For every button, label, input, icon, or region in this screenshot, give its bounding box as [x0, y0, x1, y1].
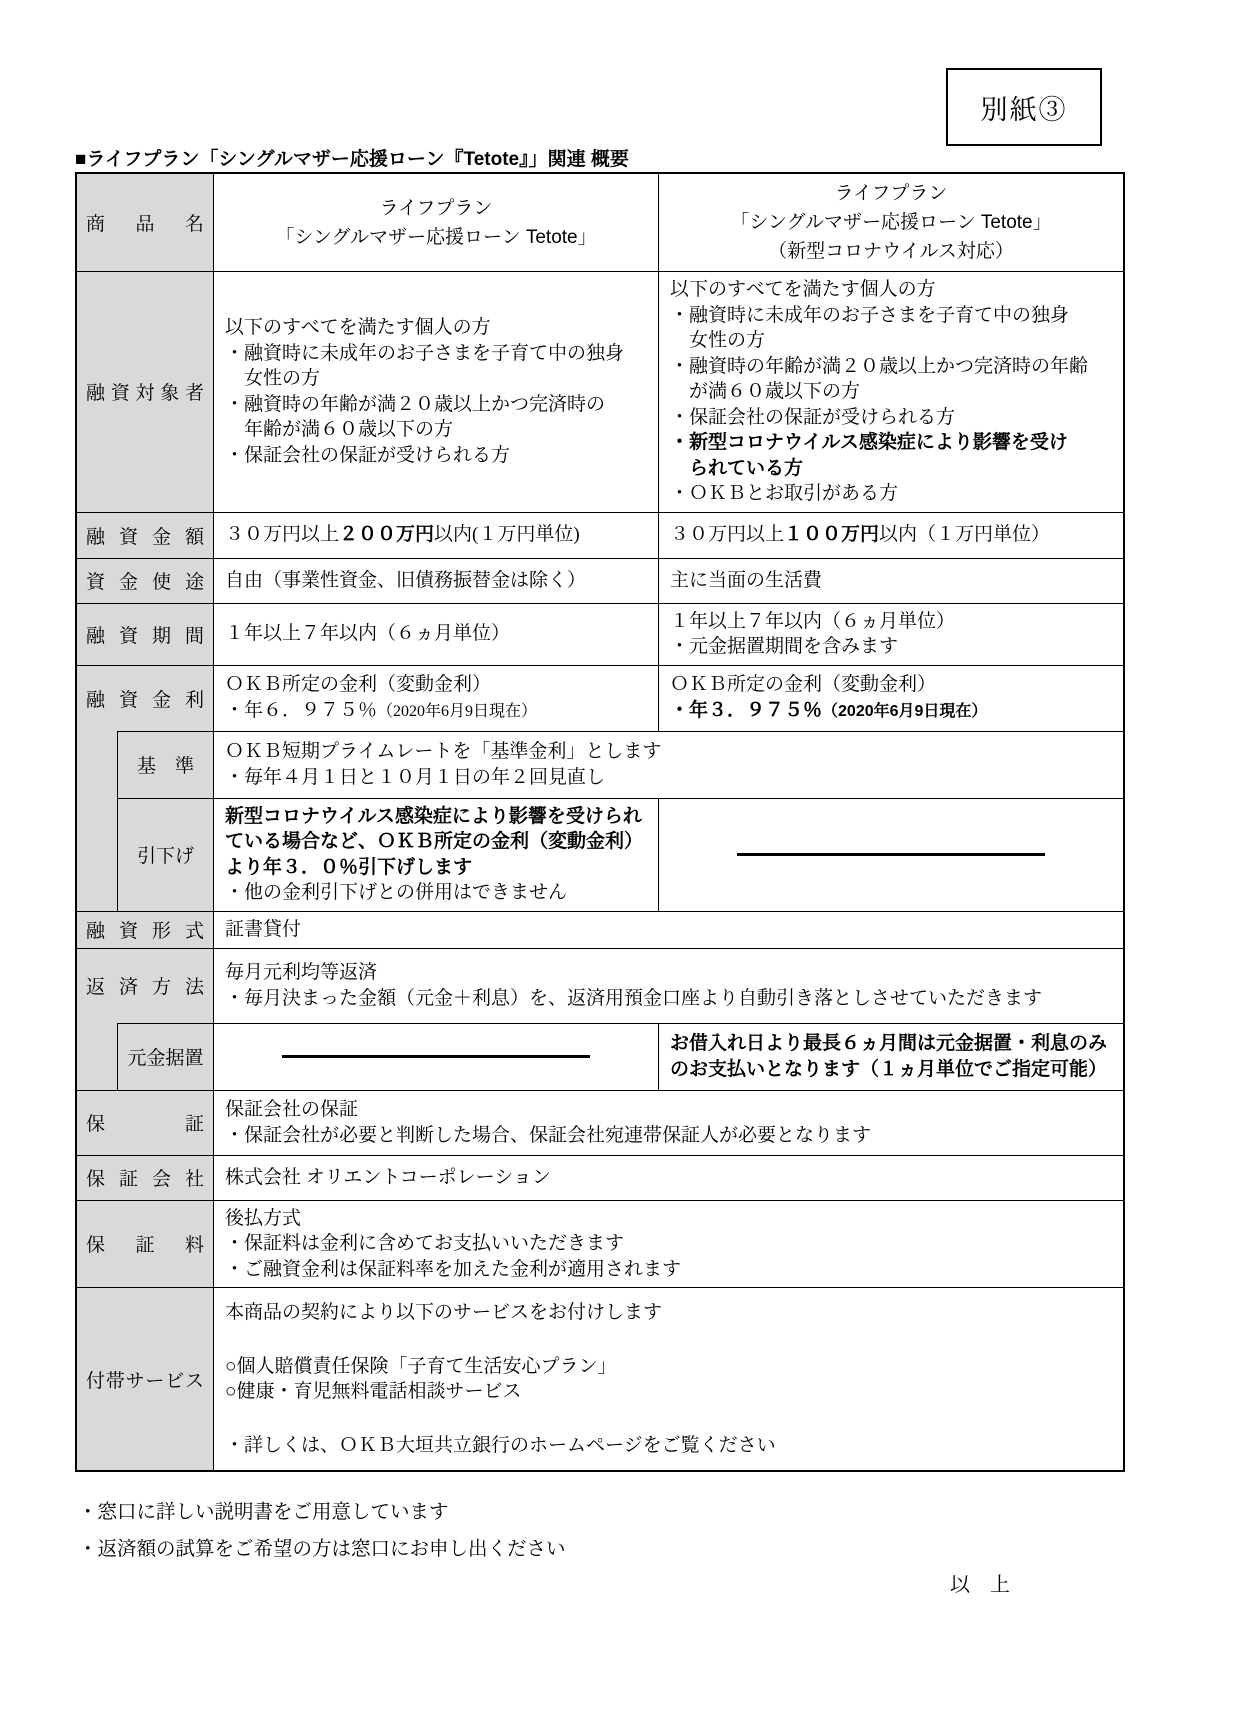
blank-line-indicator: [737, 853, 1045, 856]
row-label-repayment-method: 返済方法: [77, 948, 214, 1023]
loan-form-cell: 証書貸付: [214, 911, 1123, 948]
loan-amount-cell-col1: ３０万円以上２００万円以内(１万円単位): [214, 512, 658, 558]
row-label-guarantee: 保証: [77, 1090, 214, 1155]
row-label-interest-rate: 融資金利: [77, 665, 214, 731]
row-borrower: 融資対象者 以下のすべてを満たす個人の方・融資時に未成年のお子さまを子育て中の独…: [77, 271, 1123, 512]
attachment-tag-label: 別紙③: [981, 88, 1068, 127]
loan-amount-cell-col2: ３０万円以上１００万円以内（１万円単位）: [658, 512, 1123, 558]
row-label-attached-services: 付帯サービス: [77, 1287, 214, 1470]
row-sublabel-rate-discount: 引下げ: [117, 798, 214, 911]
row-sublabel-principal-deferment: 元金据置: [117, 1023, 214, 1090]
row-label-guarantee-fee: 保証料: [77, 1200, 214, 1288]
attached-services-cell: 本商品の契約により以下のサービスをお付けします○個人賠償責任保険「子育て生活安心…: [214, 1287, 1123, 1470]
interest-rate-cell-col1: ＯＫＢ所定の金利（変動金利）・年６．９７５％（2020年6月9日現在）: [214, 665, 658, 731]
label-indent-strip: [77, 798, 117, 911]
closing-text: 以 上: [950, 1568, 1010, 1597]
guarantee-fee-cell: 後払方式・保証料は金利に含めてお支払いいただきます・ご融資金利は保証料率を加えた…: [214, 1200, 1123, 1288]
row-rate-discount: 引下げ 新型コロナウイルス感染症により影響を受けられている場合など、ＯＫＢ所定の…: [77, 798, 1123, 911]
label-indent-strip: [77, 731, 117, 798]
rate-discount-cell-col1: 新型コロナウイルス感染症により影響を受けられている場合など、ＯＫＢ所定の金利（変…: [214, 798, 658, 911]
loan-comparison-table: 商品名 ライフプラン「シングルマザー応援ローン Tetote」 ライフプラン「シ…: [75, 172, 1125, 1472]
row-sublabel-base-rate: 基 準: [117, 731, 214, 798]
blank-line-indicator: [282, 1055, 590, 1058]
row-guarantee-company: 保証会社 株式会社 オリエントコーポレーション: [77, 1155, 1123, 1200]
principal-deferment-cell-col1: [214, 1023, 658, 1090]
guarantee-cell: 保証会社の保証・保証会社が必要と判断した場合、保証会社宛連帯保証人が必要となりま…: [214, 1090, 1123, 1155]
row-label-fund-usage: 資金使途: [77, 558, 214, 603]
borrower-cell-col2: 以下のすべてを満たす個人の方・融資時に未成年のお子さまを子育て中の独身女性の方・…: [658, 271, 1123, 512]
product-name-cell-col1: ライフプラン「シングルマザー応援ローン Tetote」: [214, 174, 658, 271]
row-label-loan-amount: 融資金額: [77, 512, 214, 558]
document-title: ■ライフプラン「シングルマザー応援ローン『Tetote』」関連 概要: [75, 144, 629, 171]
guarantee-company-cell: 株式会社 オリエントコーポレーション: [214, 1155, 1123, 1200]
row-principal-deferment: 元金据置 お借入れ日より最長６ヵ月間は元金据置・利息のみのお支払いとなります（１…: [77, 1023, 1123, 1090]
rate-discount-cell-col2: [658, 798, 1123, 911]
attachment-tag-box: 別紙③: [946, 68, 1102, 146]
principal-deferment-cell-col2: お借入れ日より最長６ヵ月間は元金据置・利息のみのお支払いとなります（１ヵ月単位で…: [658, 1023, 1123, 1090]
row-label-guarantee-company: 保証会社: [77, 1155, 214, 1200]
borrower-cell-col1: 以下のすべてを満たす個人の方・融資時に未成年のお子さまを子育て中の独身女性の方・…: [214, 271, 658, 512]
row-label-borrower: 融資対象者: [77, 271, 214, 512]
footer-notes: ・窓口に詳しい説明書をご用意しています・返済額の試算をご希望の方は窓口にお申し出…: [78, 1496, 566, 1570]
repayment-method-cell: 毎月元利均等返済・毎月決まった金額（元金＋利息）を、返済用預金口座より自動引き落…: [214, 948, 1123, 1023]
row-guarantee: 保証 保証会社の保証・保証会社が必要と判断した場合、保証会社宛連帯保証人が必要と…: [77, 1090, 1123, 1155]
row-label-loan-period: 融資期間: [77, 603, 214, 665]
loan-period-cell-col2: １年以上７年以内（６ヵ月単位）・元金据置期間を含みます: [658, 603, 1123, 665]
row-attached-services: 付帯サービス 本商品の契約により以下のサービスをお付けします○個人賠償責任保険「…: [77, 1287, 1123, 1470]
loan-period-cell-col1: １年以上７年以内（６ヵ月単位）: [214, 603, 658, 665]
row-fund-usage: 資金使途 自由（事業性資金、旧債務振替金は除く） 主に当面の生活費: [77, 558, 1123, 603]
row-guarantee-fee: 保証料 後払方式・保証料は金利に含めてお支払いいただきます・ご融資金利は保証料率…: [77, 1200, 1123, 1288]
row-label-product-name: 商品名: [77, 174, 214, 271]
product-name-cell-col2: ライフプラン「シングルマザー応援ローン Tetote」（新型コロナウイルス対応）: [658, 174, 1123, 271]
fund-usage-cell-col1: 自由（事業性資金、旧債務振替金は除く）: [214, 558, 658, 603]
fund-usage-cell-col2: 主に当面の生活費: [658, 558, 1123, 603]
row-base-rate: 基 準 ＯＫＢ短期プライムレートを「基準金利」とします・毎年４月１日と１０月１日…: [77, 731, 1123, 798]
row-loan-amount: 融資金額 ３０万円以上２００万円以内(１万円単位) ３０万円以上１００万円以内（…: [77, 512, 1123, 558]
row-label-loan-form: 融資形式: [77, 911, 214, 948]
base-rate-cell: ＯＫＢ短期プライムレートを「基準金利」とします・毎年４月１日と１０月１日の年２回…: [214, 731, 1123, 798]
label-indent-strip: [77, 1023, 117, 1090]
row-loan-period: 融資期間 １年以上７年以内（６ヵ月単位） １年以上７年以内（６ヵ月単位）・元金据…: [77, 603, 1123, 665]
row-loan-form: 融資形式 証書貸付: [77, 911, 1123, 948]
row-product-name: 商品名 ライフプラン「シングルマザー応援ローン Tetote」 ライフプラン「シ…: [77, 174, 1123, 271]
interest-rate-cell-col2: ＯＫＢ所定の金利（変動金利）・年３．９７５％（2020年6月9日現在）: [658, 665, 1123, 731]
document-page: 別紙③ ■ライフプラン「シングルマザー応援ローン『Tetote』」関連 概要 商…: [0, 0, 1234, 1713]
row-interest-rate: 融資金利 ＯＫＢ所定の金利（変動金利）・年６．９７５％（2020年6月9日現在）…: [77, 665, 1123, 731]
row-repayment-method: 返済方法 毎月元利均等返済・毎月決まった金額（元金＋利息）を、返済用預金口座より…: [77, 948, 1123, 1023]
